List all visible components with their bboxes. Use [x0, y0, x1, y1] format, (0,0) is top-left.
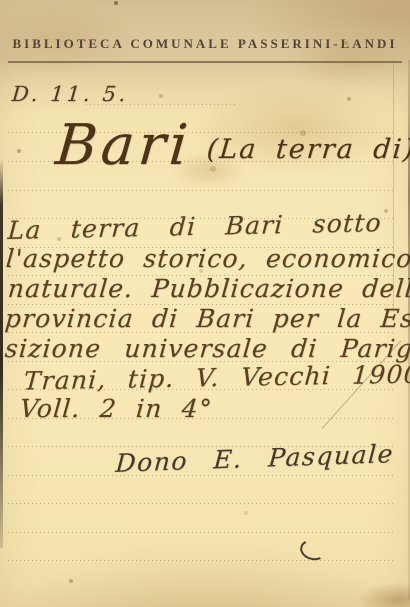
- ruled-line: [8, 532, 396, 533]
- entry-line: Trani, tip. V. Vecchi 1900: [23, 362, 410, 394]
- entry-line: l'aspetto storico, economico e: [5, 246, 410, 271]
- card-left-edge-shadow: [0, 158, 3, 548]
- paper-crease: [393, 62, 394, 312]
- book-title: Bari(La terra di): [54, 118, 410, 174]
- ruled-line: [8, 503, 396, 504]
- entry-line: La terra di Bari sotto: [7, 210, 383, 243]
- entry-line: provincia di Bari per la Espo=: [4, 306, 410, 331]
- ruled-line: [8, 560, 396, 561]
- ruled-line: [8, 475, 396, 476]
- shelf-mark: D. 11. 5.: [11, 84, 129, 105]
- pen-mark-icon: [298, 537, 328, 563]
- library-header: BIBLIOTECA COMUNALE PASSERINI-LANDI: [0, 36, 410, 52]
- title-qualifier-text: (La terra di): [206, 136, 410, 163]
- title-main-text: Bari: [53, 113, 194, 178]
- entry-line: Voll. 2 in 4°: [19, 396, 214, 421]
- catalog-card: BIBLIOTECA COMUNALE PASSERINI-LANDI D. 1…: [0, 0, 410, 607]
- entry-line: sizione universale di Parigi: [4, 336, 410, 361]
- ruled-line: [8, 190, 396, 191]
- header-rule: [8, 61, 402, 63]
- paper-stains: [0, 0, 2, 2]
- entry-line: naturale. Pubblicazione della: [7, 276, 410, 301]
